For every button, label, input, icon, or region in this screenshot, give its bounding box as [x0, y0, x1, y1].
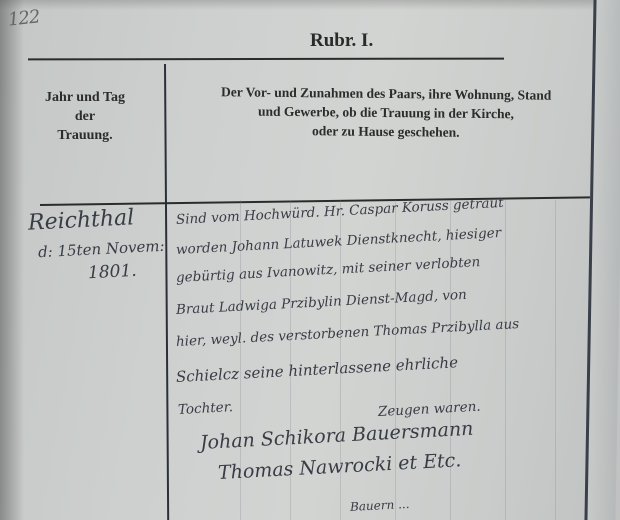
entry-line: hier, weyl. des verstorbenen Thomas Przi… — [176, 316, 520, 350]
witnesses-label: Zeugen waren. — [378, 399, 481, 420]
ruled-line — [505, 200, 506, 520]
entry-year: 1801. — [88, 261, 138, 284]
page-edge — [584, 0, 620, 520]
entry-line: Braut Ladwiga Przibylin Dienst-Magd, von — [176, 287, 468, 318]
rubric-title: Rubr. I. — [310, 30, 373, 52]
ruled-line — [555, 200, 556, 520]
header-top-rule — [28, 58, 504, 61]
entry-place: Reichthal — [27, 205, 134, 236]
top-shadow — [0, 0, 620, 10]
page-number: 122 — [7, 6, 40, 30]
trailing-text: Bauern ... — [350, 497, 410, 514]
header-date-line: der — [20, 107, 150, 126]
header-names-line: oder zu Hause geschehen. — [166, 120, 606, 144]
entry-day: d: 15ten Novem: — [38, 237, 165, 262]
entry-line: Tochter. — [178, 399, 234, 418]
register-page: 122 Rubr. I. Jahr und Tag der Trauung. D… — [0, 0, 620, 520]
header-date-line: Jahr und Tag — [20, 88, 150, 107]
entry-line: gebürtig aus Ivanowitz, mit seiner verlo… — [176, 254, 481, 286]
header-date-column: Jahr und Tag der Trauung. — [20, 88, 150, 145]
header-names-column: Der Vor- und Zunahmen des Paars, ihre Wo… — [166, 82, 607, 144]
entry-line: worden Johann Latuwek Dienstknecht, hies… — [176, 225, 502, 258]
header-date-line: Trauung. — [20, 126, 150, 145]
entry-line: Schielcz seine hinterlassene ehrliche — [176, 353, 459, 386]
